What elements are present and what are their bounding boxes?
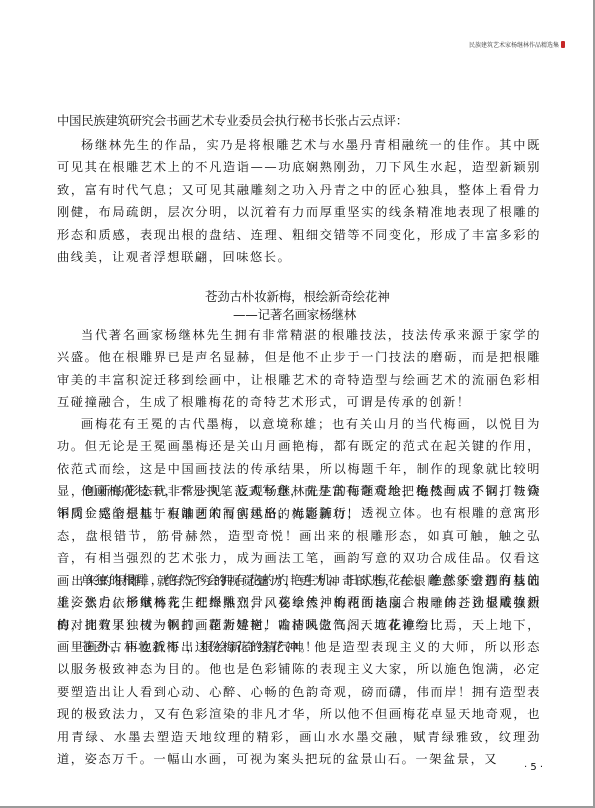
article-subtitle: ——记著名画家杨继林 <box>233 305 356 323</box>
article-paragraph-1: 当代著名画家杨继林先生拥有非常精湛的根雕技法，技法传承来源于家学的兴盛。他在根雕… <box>57 324 541 414</box>
comment-heading: 中国民族建筑研究会书画艺术专业委员会执行秘书长张占云点评： <box>57 111 547 129</box>
page-number: · 5 · <box>524 762 543 773</box>
header-mark-icon <box>561 41 565 48</box>
running-header: 民族建筑艺术家杨继林作品精选集 <box>469 40 565 49</box>
comment-body: 杨继林先生的作品，实乃是将根雕艺术与水墨丹青相融统一的佳作。其中既可见其在根雕艺… <box>57 134 541 268</box>
article-paragraph-5: 苍劲古朴妆新梅 ，根绘新奇绘花神。他是造型表现主义的大师，所以形态以服务极致神态… <box>57 636 541 770</box>
article-title: 苍劲古朴妆新梅，根绘新奇绘花神 <box>205 287 390 305</box>
document-page: 民族建筑艺术家杨继林作品精选集 中国民族建筑研究会书画艺术专业委员会执行秘书长张… <box>0 0 595 808</box>
running-header-title: 民族建筑艺术家杨继林作品精选集 <box>469 40 559 49</box>
